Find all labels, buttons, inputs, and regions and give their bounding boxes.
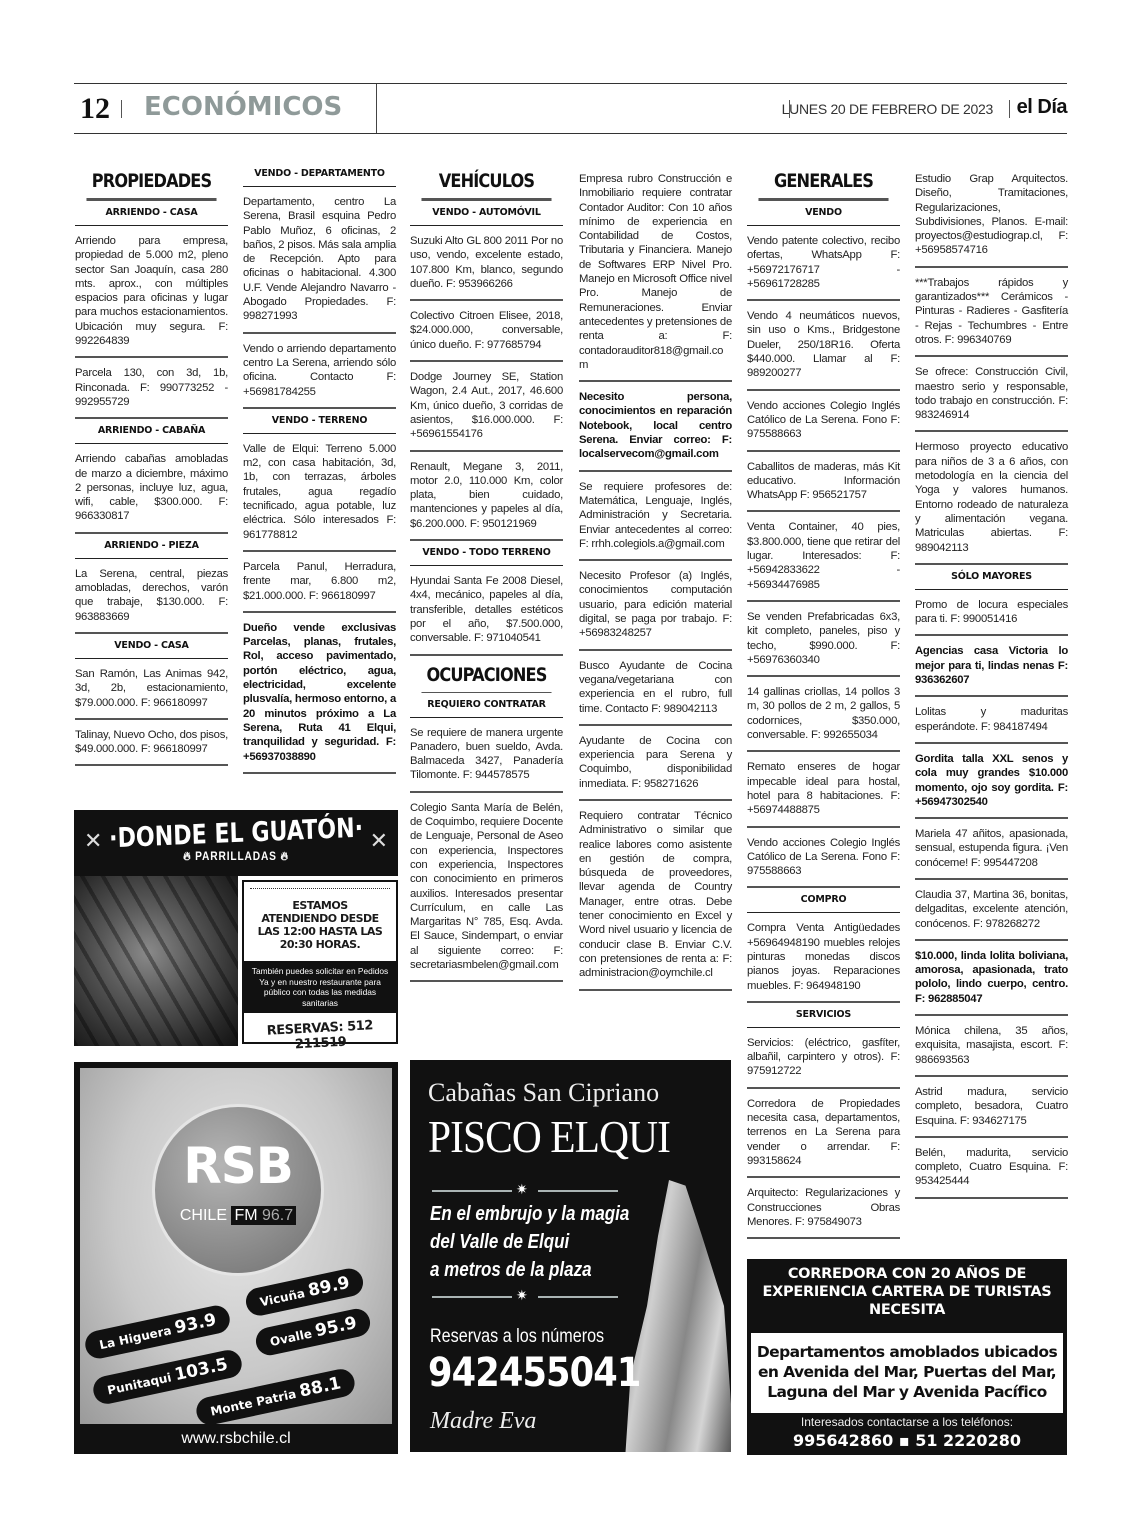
- classified-ad: San Ramón, Las Animas 942, 3d, 2b, estac…: [75, 659, 228, 720]
- reservations-label: Reservas a los números: [430, 1326, 604, 1348]
- separator: [376, 84, 377, 133]
- contact-phones: 995642860 ▪ 51 2220280: [747, 1431, 1067, 1450]
- column-generales: GENERALES VENDO Vendo patente colectivo,…: [747, 168, 900, 1239]
- classified-ad-featured: Agencias casa Victoria lo mejor para ti,…: [915, 636, 1068, 697]
- classified-ad: Servicios: (eléctrico, gasfíter, albañil…: [747, 1028, 900, 1089]
- classified-ad: Mariela 47 añitos, apasionada, sensual, …: [915, 819, 1068, 880]
- classified-ad: Empresa rubro Construcción e Inmobiliari…: [579, 164, 732, 382]
- classified-ad: Arriendo cabañas amobladas de marzo a di…: [75, 444, 228, 533]
- classified-ad: Dodge Journey SE, Station Wagon, 2.4 Aut…: [410, 362, 563, 451]
- flame-icon: 🔥︎: [281, 849, 289, 863]
- ad-title: ·DONDE EL GUATÓN·: [103, 804, 370, 854]
- classified-ad: Astrid madura, servicio completo, besado…: [915, 1077, 1068, 1138]
- category-title: PROPIEDADES: [86, 168, 216, 201]
- opening-hours: ESTAMOS ATENDIENDO DESDE LAS 12:00 HASTA…: [250, 888, 390, 957]
- divider: [538, 1190, 618, 1192]
- flame-icon: 🔥︎: [183, 849, 191, 863]
- classified-ad: Lolitas y maduritas esperándote. F: 9841…: [915, 697, 1068, 744]
- rsb-website: www.rsbchile.cl: [74, 1424, 398, 1454]
- separator: [1009, 100, 1010, 118]
- classified-ad: Arriendo para empresa, propiedad de 5.00…: [75, 226, 228, 358]
- column-propiedades: PROPIEDADES ARRIENDO - CASA Arriendo par…: [75, 168, 228, 766]
- classified-ad: Busco Ayudante de Cocina vegana/vegetari…: [579, 651, 732, 726]
- subcategory-title: VENDO - DEPARTAMENTO: [243, 162, 396, 187]
- ad-tagline: a metros de la plaza: [430, 1256, 629, 1284]
- divider: [432, 1296, 512, 1298]
- hooded-figure-image: [625, 1180, 731, 1452]
- newspaper-logo: el Día: [1017, 96, 1067, 119]
- classified-ad: Vendo patente colectivo, recibo ofertas,…: [747, 226, 900, 301]
- classified-ad: Se requiere profesores de: Matemática, L…: [579, 472, 732, 561]
- station-pill: La Higuera93.9: [83, 1303, 233, 1361]
- classified-ad: Se ofrece: Construcción Civil, maestro s…: [915, 357, 1068, 432]
- classified-ad: Necesito Profesor (a) Inglés, conocimien…: [579, 561, 732, 650]
- subcategory-title: SÓLO MAYORES: [915, 565, 1068, 590]
- classified-ad: Colegio Santa María de Belén, de Coquimb…: [410, 793, 563, 983]
- classified-ad: Estudio Grap Arquitectos. Diseño, Tramit…: [915, 164, 1068, 268]
- ad-banner: ✕ ·DONDE EL GUATÓN· 🔥︎ PARRILLADAS 🔥︎ ✕: [74, 810, 398, 876]
- sparkle-icon: ✷: [516, 1181, 528, 1198]
- section-title: ECONÓMICOS: [144, 92, 342, 122]
- divider: [538, 1296, 618, 1298]
- sparkle-icon: ✷: [516, 1287, 528, 1304]
- ad-pisco-elqui: Cabañas San Cipriano PISCO ELQUI ✷ En el…: [410, 1060, 731, 1452]
- classified-ad: Renault, Megane 3, 2011, motor 2.0, 110.…: [410, 452, 563, 541]
- rsb-logo-circle: RSB CHILE FM 96.7: [152, 1104, 324, 1276]
- classified-ad-featured: Necesito persona, conocimientos en repar…: [579, 382, 732, 471]
- category-title: OCUPACIONES: [421, 662, 551, 693]
- ad-title: CORREDORA CON 20 AÑOS DE EXPERIENCIA CAR…: [747, 1259, 1067, 1319]
- masthead: 12 ECONÓMICOS LUNES 20 DE FEBRERO DE 202…: [74, 83, 1067, 134]
- classified-ad: Valle de Elqui: Terreno 5.000 m2, con ca…: [243, 434, 396, 552]
- ad-corredora: CORREDORA CON 20 AÑOS DE EXPERIENCIA CAR…: [747, 1259, 1067, 1455]
- contact-label: Interesados contactarse a los teléfonos:: [747, 1415, 1067, 1429]
- page-number: 12: [80, 92, 110, 126]
- contact-name: Madre Eva: [430, 1408, 536, 1435]
- classified-ad: Claudia 37, Martina 36, bonitas, delgadi…: [915, 880, 1068, 941]
- ad-tagline: En el embrujo y la magia: [430, 1200, 629, 1228]
- classified-ad: Caballitos de maderas, más Kit educativo…: [747, 452, 900, 513]
- subcategory-title: VENDO - TODO TERRENO: [410, 541, 563, 566]
- classified-ad: Arquitecto: Regularizaciones y Construcc…: [747, 1178, 900, 1239]
- classified-ad: Belén, madurita, servicio completo, Cuat…: [915, 1138, 1068, 1199]
- classified-ad: ***Trabajos rápidos y garantizados*** Ce…: [915, 268, 1068, 357]
- crossed-utensils-icon: ✕: [370, 828, 388, 854]
- subcategory-title: VENDO - AUTOMÓVIL: [410, 201, 563, 226]
- subcategory-title: ARRIENDO - CABAÑA: [75, 419, 228, 444]
- delivery-info: También puedes solicitar en Pedidos Ya y…: [244, 961, 396, 1013]
- rsb-frequency: 96.7: [262, 1207, 293, 1224]
- ad-subtitle: PARRILLADAS: [195, 849, 277, 863]
- classified-ad: Parcela Panul, Herradura, frente mar, 6.…: [243, 552, 396, 613]
- classified-ad-featured: $10.000, linda lolita boliviana, amorosa…: [915, 941, 1068, 1016]
- subcategory-title: REQUIERO CONTRATAR: [410, 693, 563, 718]
- classified-ad: Vendo acciones Colegio Inglés Católico d…: [747, 391, 900, 452]
- separator: [121, 100, 122, 118]
- classified-ad: Vendo acciones Colegio Inglés Católico d…: [747, 828, 900, 889]
- classified-ad-featured: Gordita talla XXL senos y cola muy grand…: [915, 744, 1068, 819]
- subcategory-title: VENDO - TERRENO: [243, 409, 396, 434]
- classified-ad: Vendo o arriendo departamento centro La …: [243, 334, 396, 409]
- ad-subtitle: Cabañas San Cipriano: [428, 1078, 659, 1108]
- classified-ad: Suzuki Alto GL 800 2011 Por no uso, vend…: [410, 226, 563, 301]
- classified-ad: Hyundai Santa Fe 2008 Diesel, 4x4, mecán…: [410, 566, 563, 655]
- subcategory-title: ARRIENDO - CASA: [75, 201, 228, 226]
- subcategory-title: VENDO: [747, 201, 900, 226]
- classified-ad: Mónica chilena, 35 años, exquisita, masa…: [915, 1016, 1068, 1077]
- classified-ad: Se requiere de manera urgente Panadero, …: [410, 718, 563, 793]
- rsb-chile: CHILE: [180, 1207, 227, 1224]
- ad-tagline: del Valle de Elqui: [430, 1228, 629, 1256]
- column-vehiculos: VEHÍCULOS VENDO - AUTOMÓVIL Suzuki Alto …: [410, 168, 563, 982]
- category-title: VEHÍCULOS: [421, 168, 551, 201]
- ad-info-panel: ESTAMOS ATENDIENDO DESDE LAS 12:00 HASTA…: [242, 880, 398, 1044]
- classified-ad: Colectivo Citroen Elisee, 2018, $24.000.…: [410, 301, 563, 362]
- classified-ad: Talinay, Nuevo Ocho, dos pisos, $49.000.…: [75, 720, 228, 767]
- subcategory-title: VENDO - CASA: [75, 634, 228, 659]
- ad-body: Departamentos amoblados ubicados en Aven…: [751, 1333, 1063, 1413]
- classified-ad: Departamento, centro La Serena, Brasil e…: [243, 187, 396, 334]
- station-pill: Ovalle95.9: [253, 1306, 373, 1358]
- classified-ad: Compra Venta Antigüedades +56964948190 m…: [747, 913, 900, 1002]
- subcategory-title: SERVICIOS: [747, 1003, 900, 1028]
- column-servicios-mayores: Estudio Grap Arquitectos. Diseño, Tramit…: [915, 164, 1068, 1199]
- classified-ad: 14 gallinas criollas, 14 pollos 3 m, 30 …: [747, 677, 900, 752]
- ad-donde-el-guaton: ✕ ·DONDE EL GUATÓN· 🔥︎ PARRILLADAS 🔥︎ ✕ …: [74, 810, 398, 1046]
- ad-title: PISCO ELQUI: [428, 1110, 670, 1163]
- classified-ad: Parcela 130, con 3d, 1b, Rinconada. F: 9…: [75, 358, 228, 419]
- subcategory-title: ARRIENDO - PIEZA: [75, 534, 228, 559]
- rsb-fm: FM: [234, 1207, 257, 1224]
- classified-ad: Corredora de Propiedades necesita casa, …: [747, 1089, 900, 1178]
- classified-ad: Promo de locura especiales para ti. F: 9…: [915, 590, 1068, 637]
- issue-date: LUNES 20 DE FEBRERO DE 2023: [782, 101, 993, 117]
- reservations-phone: RESERVAS: 512 211519: [243, 1009, 397, 1055]
- classified-ad: La Serena, central, piezas amobladas, de…: [75, 559, 228, 634]
- steak-photo: [74, 876, 238, 1046]
- ad-rsb-radio: RSB CHILE FM 96.7 La Higuera93.9 Vicuña8…: [74, 1062, 398, 1454]
- reservations-phone: 942455041: [428, 1350, 641, 1396]
- subcategory-title: COMPRO: [747, 888, 900, 913]
- column-departamento: VENDO - DEPARTAMENTO Departamento, centr…: [243, 162, 396, 774]
- rsb-logo: RSB: [155, 1137, 321, 1195]
- classified-ad: Venta Container, 40 pies, $3.800.000, ti…: [747, 512, 900, 601]
- column-ocupaciones: Empresa rubro Construcción e Inmobiliari…: [579, 164, 732, 991]
- classified-ad: Remato enseres de hogar impecable ideal …: [747, 752, 900, 827]
- classified-ad: Hermoso proyecto educativo para niños de…: [915, 432, 1068, 564]
- classified-ad-featured: Dueño vende exclusivas Parcelas, planas,…: [243, 613, 396, 774]
- classified-ad: Ayudante de Cocina con experiencia para …: [579, 726, 732, 801]
- classified-ad: Vendo 4 neumáticos nuevos, sin uso o Kms…: [747, 301, 900, 390]
- divider: [432, 1190, 512, 1192]
- category-title: GENERALES: [758, 168, 888, 201]
- classified-ad: Requiero contratar Técnico Administrativ…: [579, 801, 732, 991]
- classified-ad: Se venden Prefabricadas 6x3, kit complet…: [747, 602, 900, 677]
